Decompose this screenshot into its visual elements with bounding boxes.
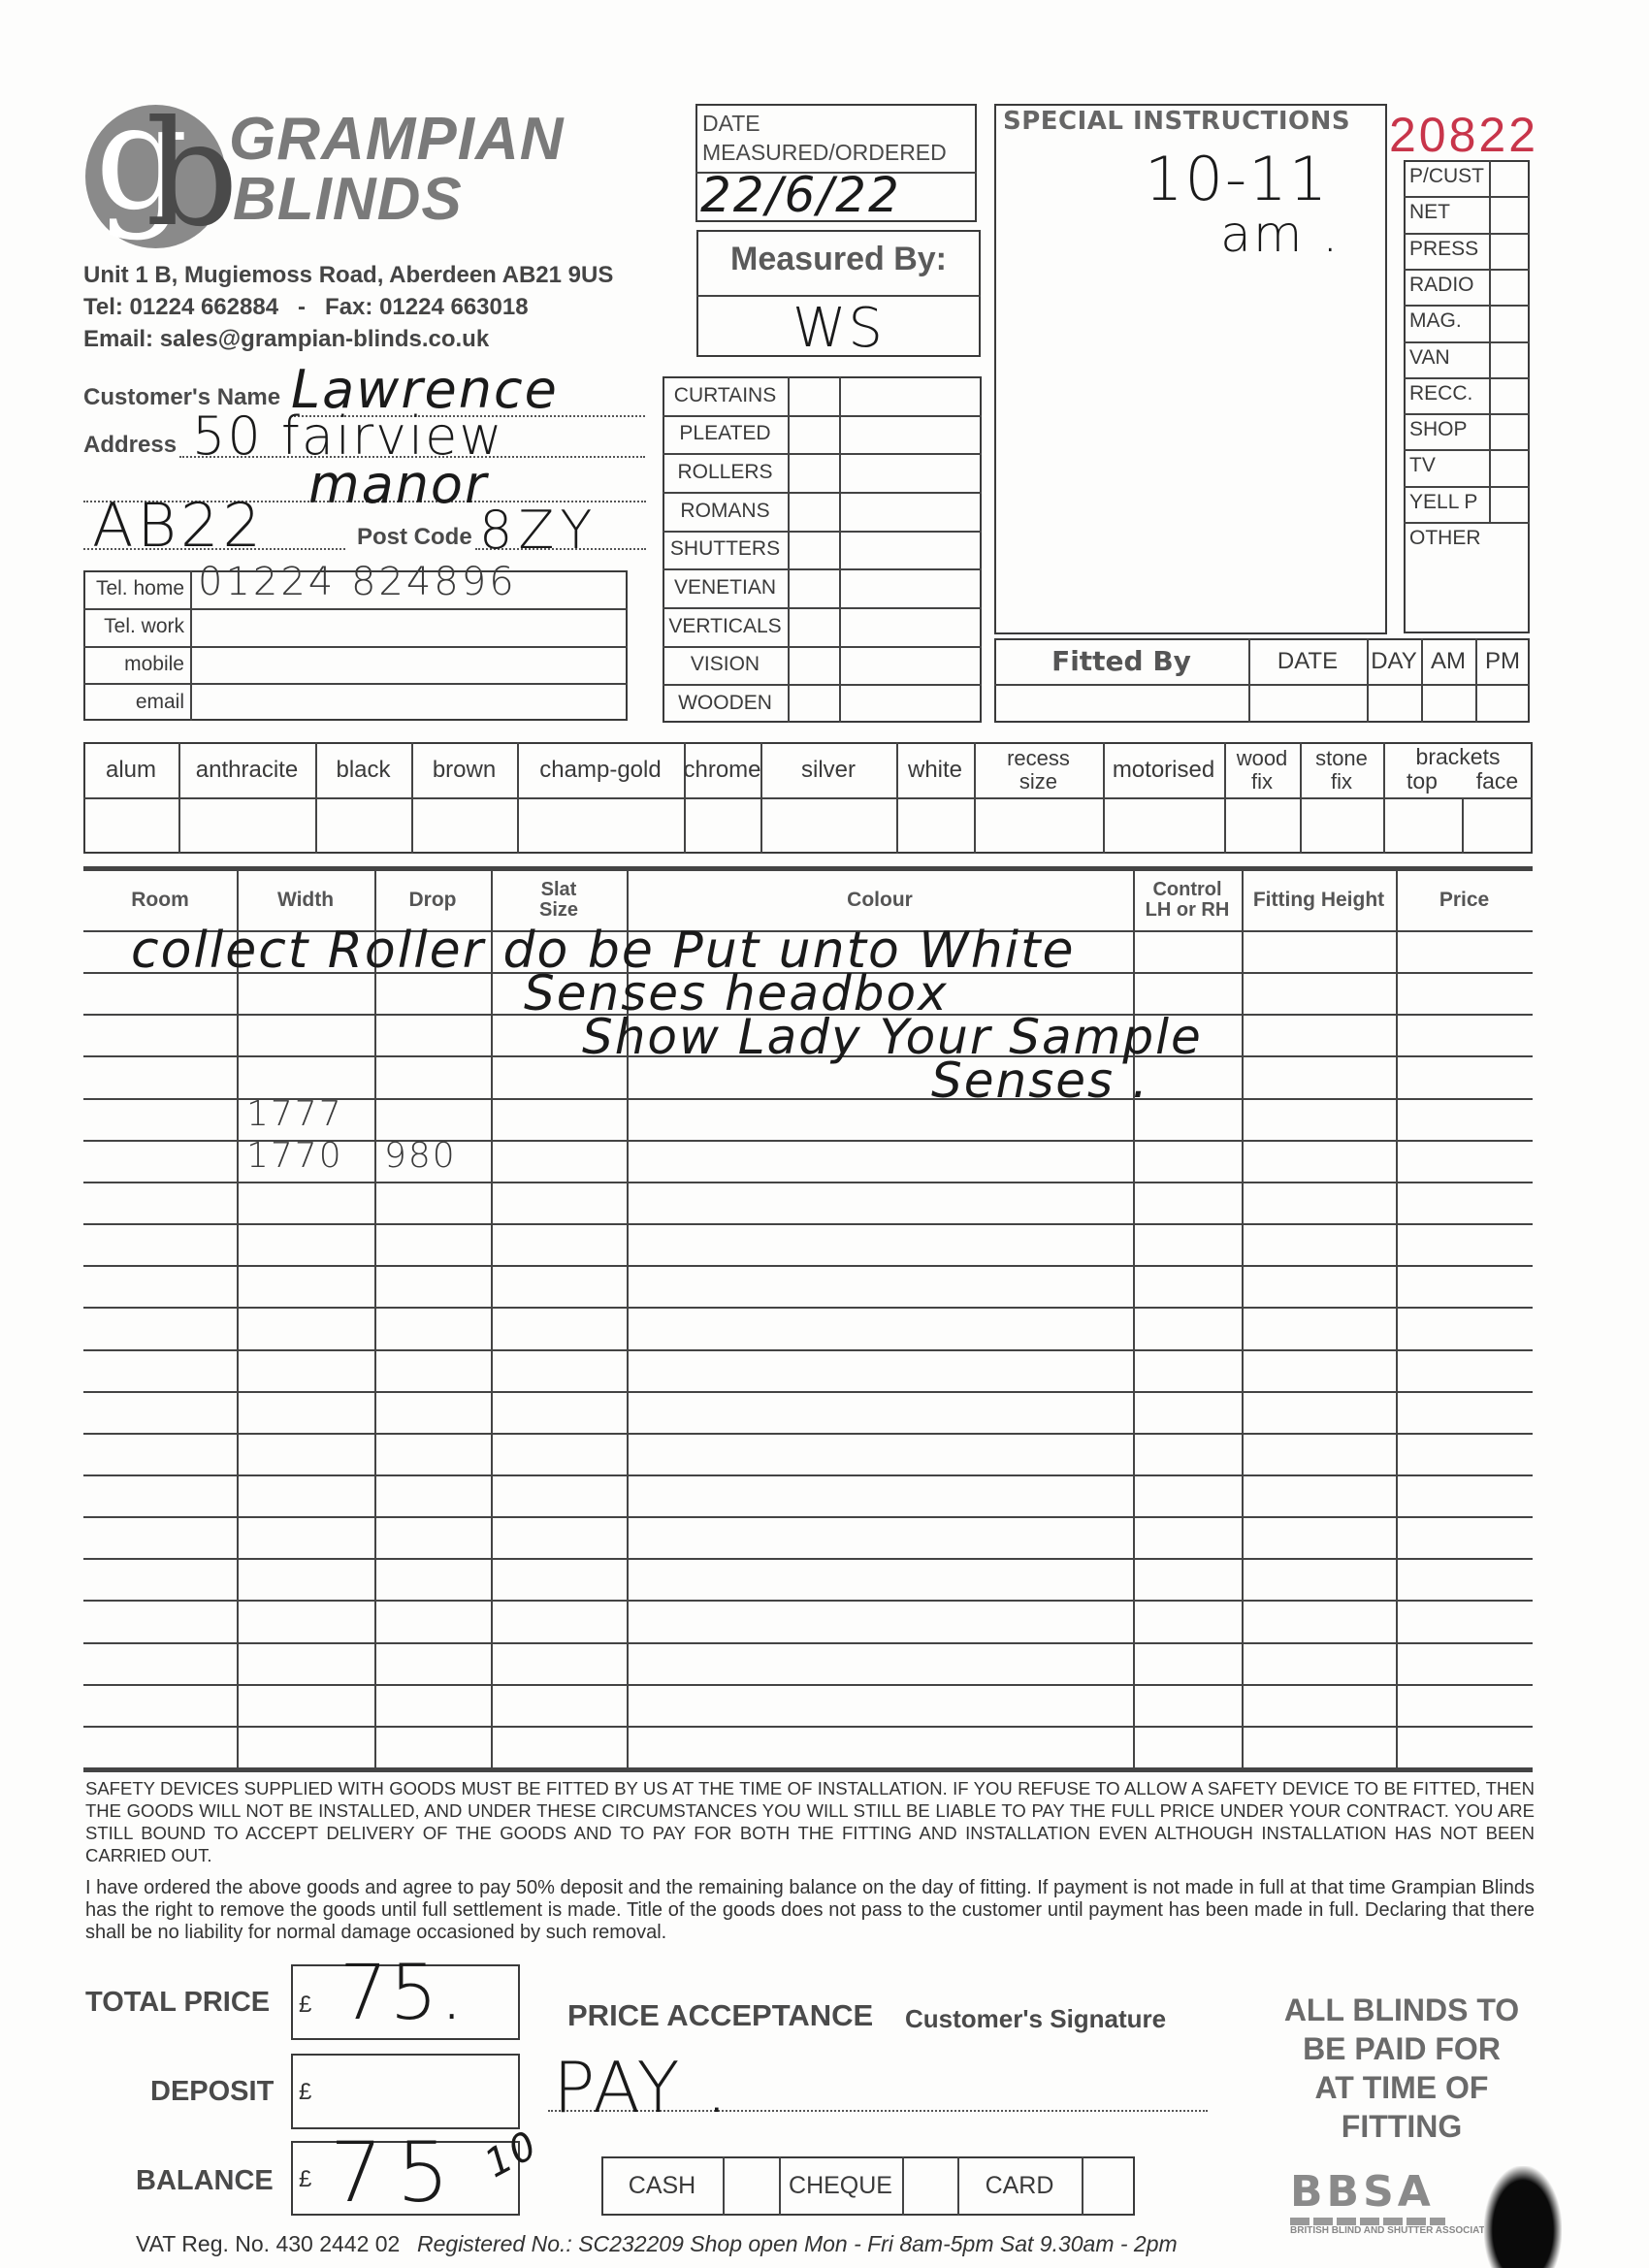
drop-value[interactable] xyxy=(380,1094,489,1136)
brackets-face-label: face xyxy=(1462,767,1533,794)
blind-type-label: WOODEN xyxy=(663,684,788,723)
option-checkbox[interactable] xyxy=(1300,797,1383,854)
blind-type-label: VISION xyxy=(663,646,788,685)
option-checkbox[interactable] xyxy=(974,797,1103,854)
table-row xyxy=(83,1391,1533,1433)
lead-source-checkbox[interactable] xyxy=(1489,160,1530,196)
slogan-line: AT TIME OF xyxy=(1251,2068,1552,2107)
contact-label: email xyxy=(83,683,190,721)
option-header: recess size xyxy=(974,742,1103,797)
order-header: Fitting Height xyxy=(1242,870,1396,930)
table-row xyxy=(83,1558,1533,1600)
option-checkbox[interactable] xyxy=(760,797,896,854)
logo-letter-b: b xyxy=(145,102,239,247)
lead-source-checkbox[interactable] xyxy=(1489,377,1530,413)
blind-type-label: ROLLERS xyxy=(663,453,788,492)
option-header: motorised xyxy=(1103,742,1224,797)
bbsa-logo-stripes xyxy=(1290,2218,1445,2225)
option-header: chrome xyxy=(684,742,760,797)
company-email: Email: sales@grampian-blinds.co.uk xyxy=(83,326,489,353)
special-instructions-line2[interactable]: am . xyxy=(1220,206,1341,264)
deposit-currency: £ xyxy=(299,2079,311,2106)
option-checkbox[interactable] xyxy=(896,797,974,854)
contact-label: Tel. home xyxy=(83,570,190,608)
table-row xyxy=(83,1307,1533,1348)
order-note-line4[interactable]: Senses . xyxy=(931,1053,1149,1109)
option-checkbox[interactable] xyxy=(684,797,760,854)
table-row xyxy=(83,1265,1533,1307)
brackets-label: brackets xyxy=(1383,744,1533,769)
fitted-by-input[interactable] xyxy=(994,684,1248,723)
date-label-line2: MEASURED/ORDERED xyxy=(702,140,947,166)
option-checkbox[interactable] xyxy=(517,797,684,854)
postcode-value[interactable]: 8ZY xyxy=(479,500,598,561)
ink-stain xyxy=(1484,2166,1562,2268)
total-currency: £ xyxy=(299,1992,311,2019)
table-row xyxy=(83,1516,1533,1558)
fitted-by-col-pm: PM xyxy=(1475,638,1530,684)
slogan-line: ALL BLINDS TO xyxy=(1251,1991,1552,2029)
special-instructions-line1[interactable]: 10-11 xyxy=(1145,144,1329,214)
option-checkbox[interactable] xyxy=(315,797,411,854)
measured-by-value[interactable]: WS xyxy=(696,297,981,360)
width-value[interactable]: 1770 xyxy=(242,1136,372,1178)
company-name-line1: GRAMPIAN xyxy=(229,110,565,170)
fitted-by-col-date: DATE xyxy=(1248,638,1367,684)
lead-source-label: RECC. xyxy=(1406,377,1489,413)
table-row xyxy=(83,1433,1533,1474)
option-checkbox[interactable] xyxy=(411,797,517,854)
blind-type-label: PLEATED xyxy=(663,415,788,454)
lead-source-checkbox[interactable] xyxy=(1489,449,1530,485)
width-value[interactable]: 1777 xyxy=(242,1094,372,1136)
blind-type-checkbox[interactable] xyxy=(788,646,839,685)
total-price-label: TOTAL PRICE xyxy=(85,1987,270,2019)
deposit-label: DEPOSIT xyxy=(150,2076,274,2108)
fitted-by-col-am: AM xyxy=(1421,638,1475,684)
table-row xyxy=(83,1349,1533,1391)
blind-type-quantity[interactable] xyxy=(839,453,982,492)
slogan-line: FITTING xyxy=(1251,2107,1552,2146)
measured-by-label: Measured By: xyxy=(696,241,981,278)
lead-source-label: VAN xyxy=(1406,341,1489,377)
table-row xyxy=(83,1726,1533,1767)
blind-type-label: ROMANS xyxy=(663,492,788,531)
option-header: brown xyxy=(411,742,517,797)
fitted-by-input[interactable] xyxy=(1248,684,1367,723)
lead-source-checkbox[interactable] xyxy=(1489,413,1530,449)
brackets-top-label: top xyxy=(1383,767,1461,794)
company-name-line2: BLINDS xyxy=(233,170,463,230)
blind-type-checkbox[interactable] xyxy=(788,376,839,415)
blind-type-quantity[interactable] xyxy=(839,415,982,454)
total-price-value[interactable]: 75. xyxy=(339,1950,466,2037)
table-bottom-rule xyxy=(83,1767,1533,1772)
price-acceptance-title: PRICE ACCEPTANCE xyxy=(567,1998,873,2033)
blind-type-checkbox[interactable] xyxy=(788,531,839,569)
table-row xyxy=(83,1474,1533,1516)
lead-source-checkbox[interactable] xyxy=(1489,269,1530,305)
payment-checkbox-cheque[interactable] xyxy=(902,2156,957,2216)
safety-terms: SAFETY DEVICES SUPPLIED WITH GOODS MUST … xyxy=(85,1777,1535,1866)
payment-method-cheque: CHEQUE xyxy=(779,2156,902,2216)
option-checkbox[interactable] xyxy=(1462,797,1533,854)
option-header: alum xyxy=(83,742,178,797)
signature-label: Customer's Signature xyxy=(905,2004,1166,2034)
lead-source-label: MAG. xyxy=(1406,305,1489,340)
table-row xyxy=(83,1684,1533,1726)
lead-source-checkbox[interactable] xyxy=(1489,486,1530,522)
blind-type-checkbox[interactable] xyxy=(788,492,839,531)
payment-method-card: CARD xyxy=(957,2156,1082,2216)
lead-source-label: OTHER xyxy=(1406,522,1522,558)
lead-source-label: SHOP xyxy=(1406,413,1489,449)
blind-type-label: VENETIAN xyxy=(663,568,788,607)
blind-type-quantity[interactable] xyxy=(839,607,982,646)
lead-source-label: YELL P xyxy=(1406,486,1489,522)
payment-checkbox-cash[interactable] xyxy=(723,2156,779,2216)
option-checkbox[interactable] xyxy=(83,797,178,854)
lead-source-label: TV xyxy=(1406,449,1489,485)
lead-source-label: PRESS xyxy=(1406,233,1489,269)
table-row xyxy=(83,1642,1533,1684)
blind-type-checkbox[interactable] xyxy=(788,453,839,492)
lead-source-label: NET xyxy=(1406,196,1489,232)
blind-type-quantity[interactable] xyxy=(839,492,982,531)
lead-source-label: P/CUST xyxy=(1406,160,1489,196)
special-instructions-label: SPECIAL INSTRUCTIONS xyxy=(1003,107,1350,136)
blind-type-label: SHUTTERS xyxy=(663,531,788,569)
lead-source-checkbox[interactable] xyxy=(1489,196,1530,232)
bbsa-logo: BBSA BRITISH BLIND AND SHUTTER ASSOCIATI… xyxy=(1290,2171,1523,2236)
address-line3[interactable]: AB22 xyxy=(92,490,265,561)
address-line2[interactable]: manor xyxy=(308,454,488,515)
option-checkbox[interactable] xyxy=(1103,797,1224,854)
option-checkbox[interactable] xyxy=(1224,797,1300,854)
payment-slogan: ALL BLINDS TO BE PAID FOR AT TIME OF FIT… xyxy=(1251,1991,1552,2146)
form-number: 20822 xyxy=(1389,107,1538,163)
option-checkbox[interactable] xyxy=(1383,797,1462,854)
blind-type-checkbox[interactable] xyxy=(788,607,839,646)
payment-method-cash: CASH xyxy=(601,2156,723,2216)
order-header: Price xyxy=(1396,870,1533,930)
fitted-by-input[interactable] xyxy=(1367,684,1421,723)
blind-type-quantity[interactable] xyxy=(839,531,982,569)
blind-type-checkbox[interactable] xyxy=(788,684,839,723)
lead-source-label: RADIO xyxy=(1406,269,1489,305)
slogan-line: BE PAID FOR xyxy=(1251,2029,1552,2068)
balance-label: BALANCE xyxy=(136,2165,274,2197)
option-header: champ-gold xyxy=(517,742,684,797)
option-header: wood fix xyxy=(1224,742,1300,797)
blind-type-quantity[interactable] xyxy=(839,376,982,415)
lead-source-checkbox[interactable] xyxy=(1489,341,1530,377)
table-row xyxy=(83,1223,1533,1265)
option-header: stone fix xyxy=(1300,742,1383,797)
blind-type-quantity[interactable] xyxy=(839,646,982,685)
contact-label: Tel. work xyxy=(83,608,190,646)
address-label: Address xyxy=(83,432,177,459)
table-row xyxy=(83,1600,1533,1641)
date-value[interactable]: 22/6/22 xyxy=(700,167,901,223)
lead-source-checkbox[interactable] xyxy=(1489,233,1530,269)
blind-type-checkbox[interactable] xyxy=(788,568,839,607)
blind-type-checkbox[interactable] xyxy=(788,415,839,454)
option-header: white xyxy=(896,742,974,797)
blind-type-quantity[interactable] xyxy=(839,568,982,607)
agreement-terms: I have ordered the above goods and agree… xyxy=(85,1877,1535,1944)
option-header: anthracite xyxy=(178,742,315,797)
fitted-by-input[interactable] xyxy=(1421,684,1475,723)
lead-source-checkbox[interactable] xyxy=(1489,305,1530,340)
drop-value[interactable]: 980 xyxy=(380,1136,489,1178)
option-header: black xyxy=(315,742,411,797)
blind-type-quantity[interactable] xyxy=(839,684,982,723)
option-checkbox[interactable] xyxy=(178,797,315,854)
balance-currency: £ xyxy=(299,2166,311,2193)
fitted-by-col-day: DAY xyxy=(1367,638,1421,684)
registration-and-hours: Registered No.: SC232209 Shop open Mon -… xyxy=(417,2231,1178,2257)
fitted-by-input[interactable] xyxy=(1475,684,1530,723)
fitted-by-label: Fitted By xyxy=(994,638,1248,684)
rule xyxy=(1489,160,1491,522)
vat-number: VAT Reg. No. 430 2442 02 xyxy=(136,2231,400,2257)
blind-type-label: VERTICALS xyxy=(663,607,788,646)
company-address: Unit 1 B, Mugiemoss Road, Aberdeen AB21 … xyxy=(83,262,613,289)
table-row xyxy=(83,1182,1533,1223)
date-label-line1: DATE xyxy=(702,111,760,137)
order-header: Control LH or RH xyxy=(1133,870,1242,930)
postcode-label: Post Code xyxy=(357,524,472,551)
bbsa-logo-subtext: BRITISH BLIND AND SHUTTER ASSOCIATION xyxy=(1290,2225,1484,2236)
contact-value-3[interactable] xyxy=(194,673,626,717)
customer-signature[interactable]: PAY . xyxy=(553,2047,729,2128)
option-header: silver xyxy=(760,742,896,797)
payment-checkbox-card[interactable] xyxy=(1082,2156,1135,2216)
balance-value[interactable]: 75 xyxy=(330,2124,463,2221)
blind-type-label: CURTAINS xyxy=(663,376,788,415)
contact-label: mobile xyxy=(83,646,190,684)
deposit-box[interactable] xyxy=(291,2054,520,2129)
company-phones: Tel: 01224 662884 - Fax: 01224 663018 xyxy=(83,294,529,321)
